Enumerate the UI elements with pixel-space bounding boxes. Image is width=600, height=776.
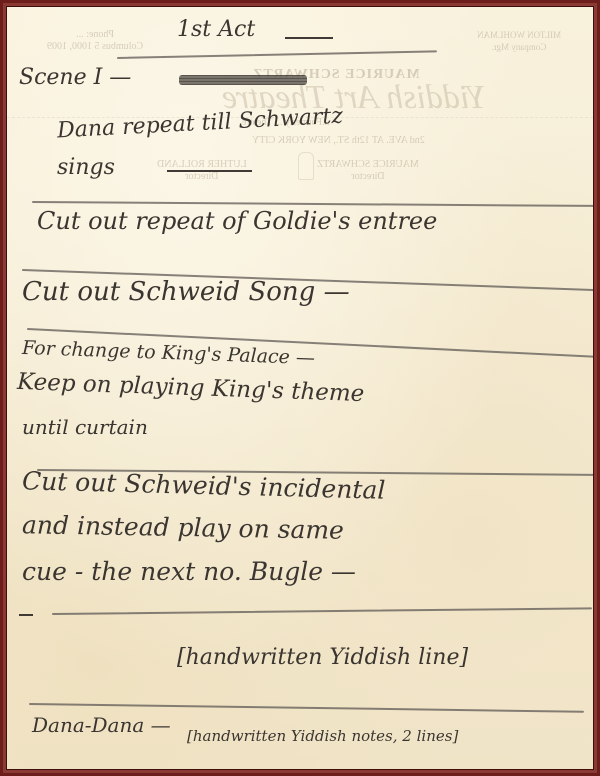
bottom-label: Dana-Dana —: [32, 713, 171, 737]
letterhead-address-2: 2nd AVE. AT 12th ST., NEW YORK CITY: [252, 135, 425, 146]
letterhead-emblem-icon: [298, 152, 314, 180]
entry-4-line-3: until curtain: [22, 415, 148, 439]
bottom-yiddish-notes: [handwritten Yiddish notes, 2 lines]: [187, 727, 458, 745]
yiddish-line: [handwritten Yiddish line]: [177, 645, 468, 670]
entry-5-line-3: cue - the next no. Bugle —: [22, 557, 356, 586]
entry-3-line-1: Cut out Schweid Song —: [22, 277, 350, 307]
crossed-out-text: [179, 75, 307, 85]
act-heading: 1st Act: [177, 17, 255, 42]
document-frame: Phone: ... Columbus 5 1000, 1009 MILTON …: [0, 0, 600, 776]
entry-1-dash: [167, 170, 252, 172]
letterhead-director-2: MAURICE SCHWARTZ Director: [317, 159, 419, 183]
paper-sheet: Phone: ... Columbus 5 1000, 1009 MILTON …: [6, 6, 594, 770]
entry-4-line-2: Keep on playing King's theme: [17, 369, 365, 407]
entry-5-line-2: and instead play on same: [22, 510, 344, 545]
entry-1-line-2: sings: [57, 155, 115, 180]
scene-label: Scene I —: [19, 65, 131, 90]
left-dash: [19, 614, 33, 616]
letterhead-phone: Phone: ... Columbus 5 1000, 1009: [47, 29, 143, 53]
letterhead-manager: MILTON WOHLMAN Company Mgr.: [477, 29, 561, 53]
entry-2-line-1: Cut out repeat of Goldie's entree: [37, 207, 437, 235]
heading-dash: [285, 37, 333, 39]
divider-5: [52, 607, 592, 615]
divider-6: [29, 703, 584, 712]
